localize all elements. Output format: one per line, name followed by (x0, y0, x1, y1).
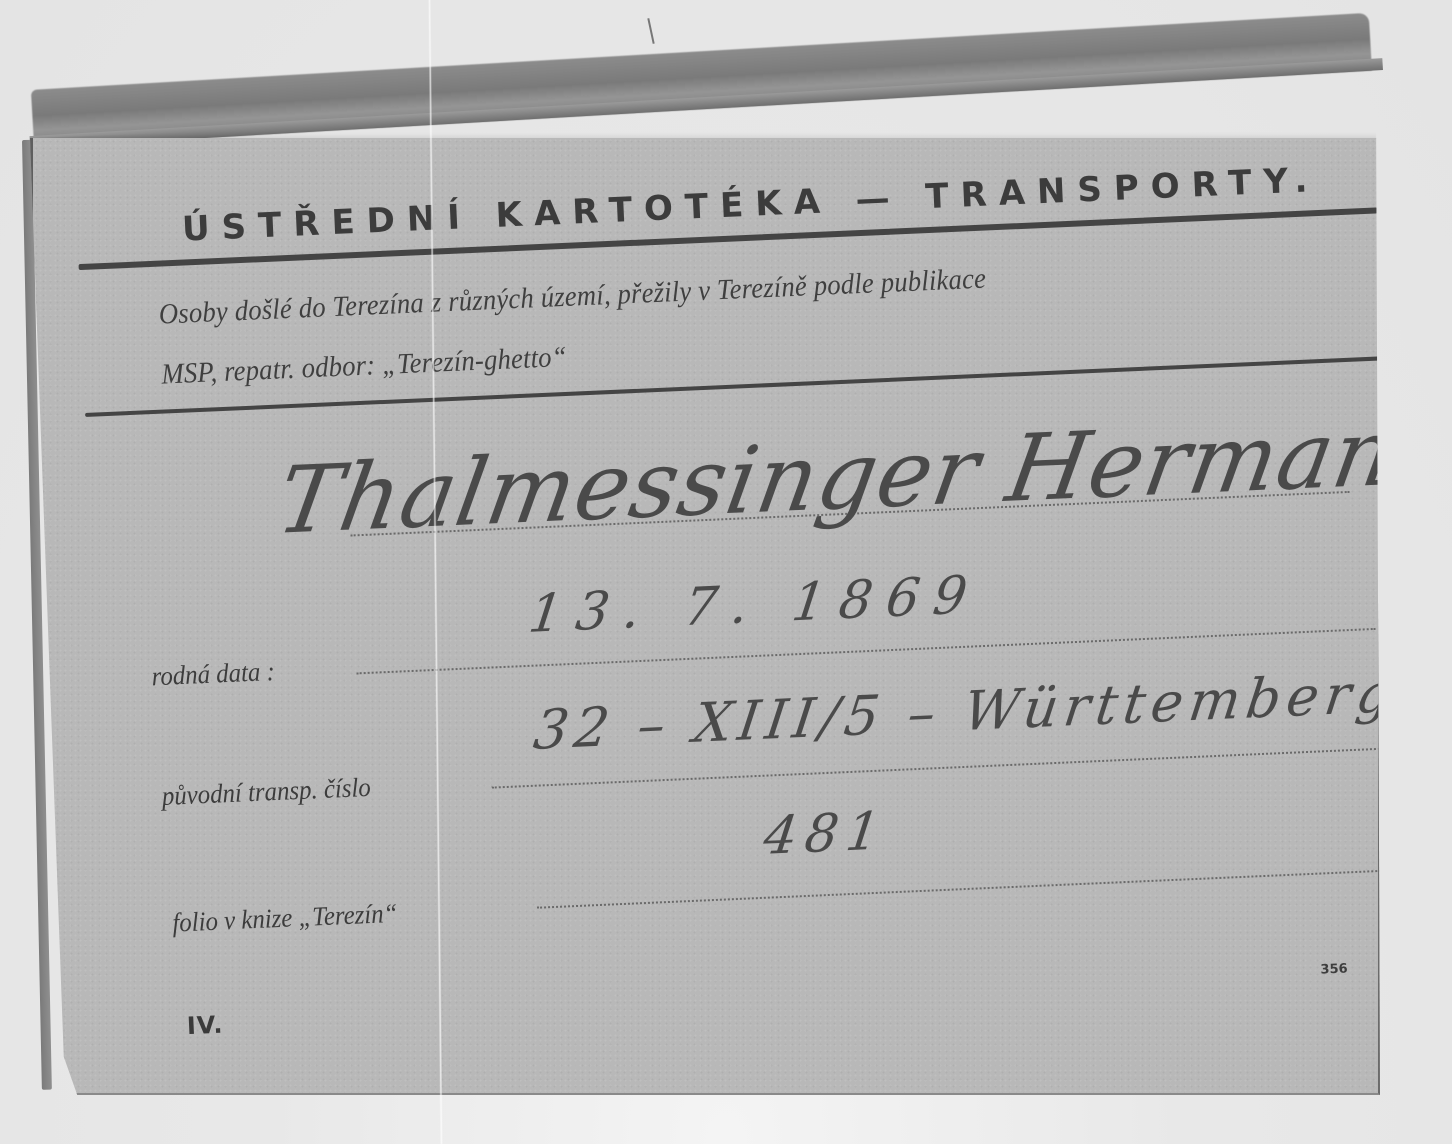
handwritten-transport-number: 32 – XIII/5 – Württemberg (530, 661, 1401, 762)
card-content: ÚSTŘEDNÍ KARTOTÉKA — TRANSPORTY. Osoby d… (33, 79, 1418, 1092)
section-mark: IV. (186, 1011, 224, 1041)
birth-date-label: rodná data : (151, 656, 276, 692)
folio-label: folio v knize „Terezín“ (172, 898, 398, 939)
index-card: ÚSTŘEDNÍ KARTOTÉKA — TRANSPORTY. Osoby d… (30, 138, 1380, 1095)
description-line-2: MSP, repatr. odbor: „Terezín-ghetto“ (161, 341, 568, 392)
description-line-1: Osoby došlé do Terezína z různých území,… (158, 263, 987, 332)
folio-dotted-line (537, 869, 1396, 909)
handwritten-name: Thalmessinger Hermann (270, 396, 1452, 555)
birth-date-dotted-line (357, 628, 1376, 674)
transport-number-label: původní transp. číslo (161, 772, 371, 812)
handwritten-birth-date: 13. 7. 1869 (525, 565, 984, 645)
print-number: 356 (1320, 961, 1348, 977)
handwritten-folio: 481 (760, 801, 891, 867)
